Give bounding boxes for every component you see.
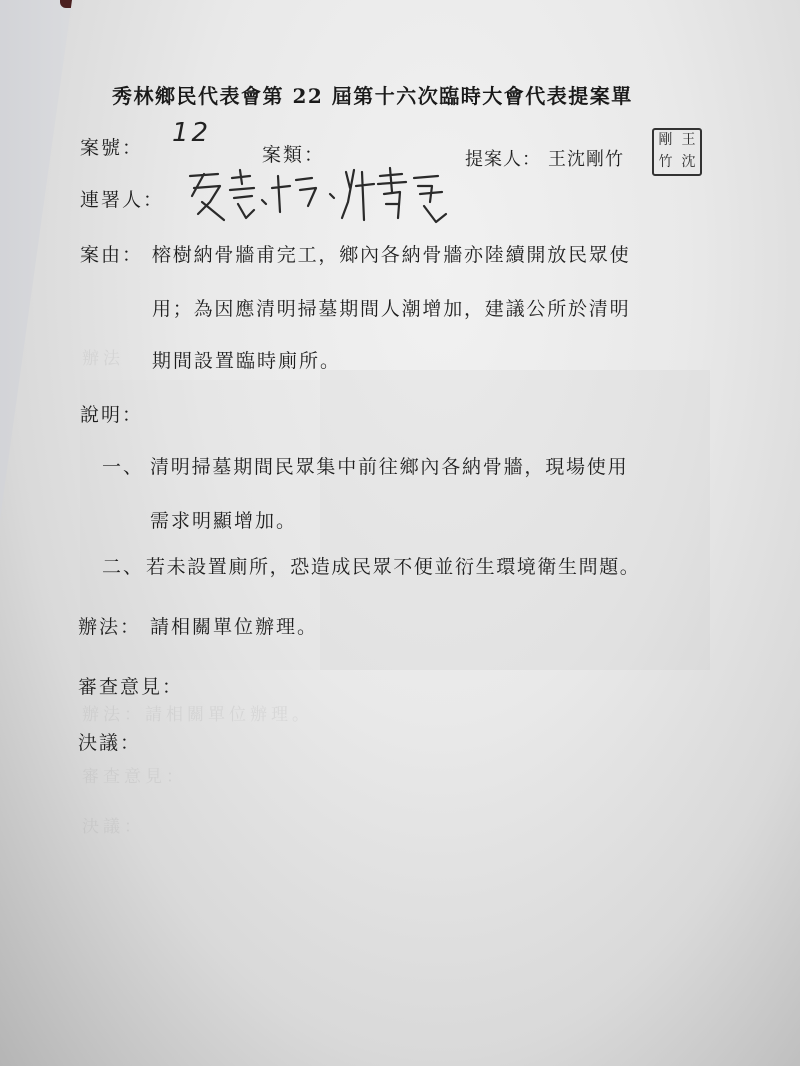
show-through-text: 決議： [82, 812, 145, 837]
seal-char: 沈 [677, 152, 700, 174]
cosigners-label: 連署人： [80, 185, 164, 212]
seal-char: 王 [677, 130, 700, 152]
explanation-item-1-marker: 一、 [102, 452, 144, 479]
reason-line-2: 用；為因應清明掃墓期間人潮增加，建議公所於清明 [152, 294, 630, 321]
explanation-item-2-marker: 二、 [102, 552, 144, 579]
case-number-handwritten: 12 [172, 118, 211, 148]
case-number-label: 案號： [80, 133, 143, 160]
show-through-text: 辦法：請相關單位辦理。 [82, 700, 313, 725]
proposer-label: 提案人： [465, 145, 541, 171]
seal-char: 剛 [654, 130, 677, 152]
proposer-name: 王沈剛竹 [548, 145, 624, 171]
explanation-label: 說明： [80, 400, 143, 427]
proposer-seal: 剛 王 竹 沈 [652, 128, 702, 176]
explanation-item-1-line-1: 清明掃墓期間民眾集中前往鄉內各納骨牆，現場使用 [150, 452, 628, 479]
method-value: 請相關單位辦理。 [150, 612, 318, 639]
cosigner-signatures [180, 162, 450, 232]
show-through-text: 辦法 [82, 344, 124, 369]
reason-label: 案由： [80, 240, 143, 267]
document-title: 秀林鄉民代表會第 22 屆第十六次臨時大會代表提案單 [112, 80, 633, 109]
show-through-shadow [320, 370, 710, 670]
proposal-sheet: 秀林鄉民代表會第 22 屆第十六次臨時大會代表提案單 案號： 12 案類： 提案… [0, 0, 800, 1066]
explanation-item-2-line-1: 若未設置廁所，恐造成民眾不便並衍生環境衛生問題。 [146, 552, 640, 579]
review-opinion-label: 審查意見： [78, 672, 183, 699]
resolution-label: 決議： [78, 728, 141, 755]
reason-line-1: 榕樹納骨牆甫完工，鄉內各納骨牆亦陸續開放民眾使 [152, 240, 630, 267]
reason-line-3: 期間設置臨時廁所。 [152, 346, 341, 373]
seal-char: 竹 [654, 152, 677, 174]
explanation-item-1-line-2: 需求明顯增加。 [150, 506, 297, 533]
method-label: 辦法： [78, 612, 141, 639]
show-through-text: 審查意見： [82, 762, 187, 787]
